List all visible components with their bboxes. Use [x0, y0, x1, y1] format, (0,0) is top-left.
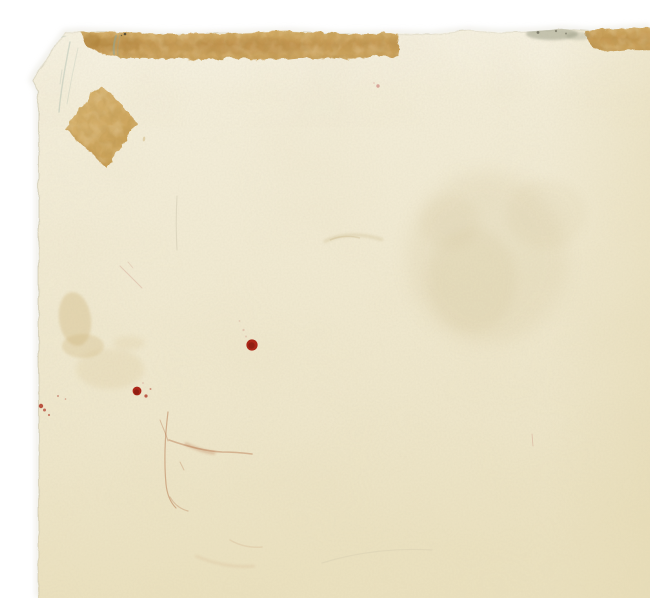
red-paint-speck [39, 404, 43, 408]
paint-trail-speck [239, 320, 241, 322]
dark-fleck [124, 33, 127, 36]
pink-speck [376, 84, 379, 87]
smudge-dark-speck [555, 30, 557, 32]
red-paint-dot-core [248, 342, 254, 348]
tape-dark-accent [190, 36, 310, 54]
paint-trail-speck [245, 336, 247, 338]
gray-edge-smudge [566, 32, 590, 40]
smudge-dark-speck [537, 31, 540, 34]
pink-speck [373, 82, 375, 84]
red-paint-speck [43, 409, 46, 412]
stain-blob [506, 180, 586, 248]
red-paint-speck [144, 394, 147, 397]
dark-fleck [121, 35, 122, 36]
paper-scan-svg [0, 0, 650, 598]
red-paint-speck [57, 395, 59, 397]
red-paint-speck [48, 414, 50, 416]
bottom-warm-tint [0, 420, 650, 598]
red-paint-speck [65, 398, 67, 400]
stain-blob [113, 336, 145, 350]
red-paint-dot-core [134, 389, 139, 394]
paint-trail-speck [242, 329, 244, 331]
red-paint-speck [150, 388, 152, 390]
red-paint-speck [142, 382, 144, 384]
stain-blob [76, 349, 144, 389]
smudge-dark-speck [565, 33, 567, 35]
scanned-paper-photo [0, 0, 650, 598]
stain-blob [420, 196, 480, 248]
